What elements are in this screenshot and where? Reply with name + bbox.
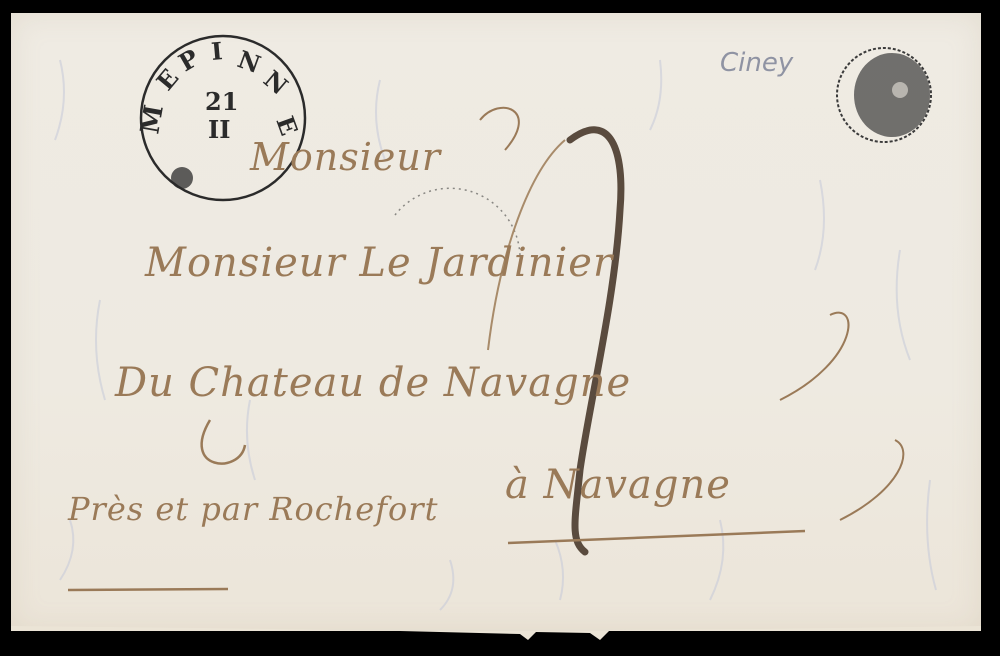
pencil-note: Ciney [720, 48, 793, 78]
address-line-4-left: Près et par Rochefort [68, 490, 438, 528]
svg-text:N: N [234, 44, 265, 79]
address-line-1: Monsieur [250, 135, 441, 179]
svg-text:21: 21 [205, 87, 238, 116]
svg-text:M: M [135, 103, 170, 137]
address-line-4-right: à Navagne [505, 462, 731, 508]
round-cancel [837, 48, 931, 142]
letter-markings: M E P I N N E 21 II [0, 0, 1000, 656]
address-line-2: Monsieur Le Jardinier [145, 240, 613, 286]
address-line-3: Du Chateau de Navagne [115, 360, 631, 406]
svg-text:I: I [210, 36, 224, 66]
svg-text:E: E [150, 63, 184, 96]
svg-text:II: II [208, 115, 230, 144]
